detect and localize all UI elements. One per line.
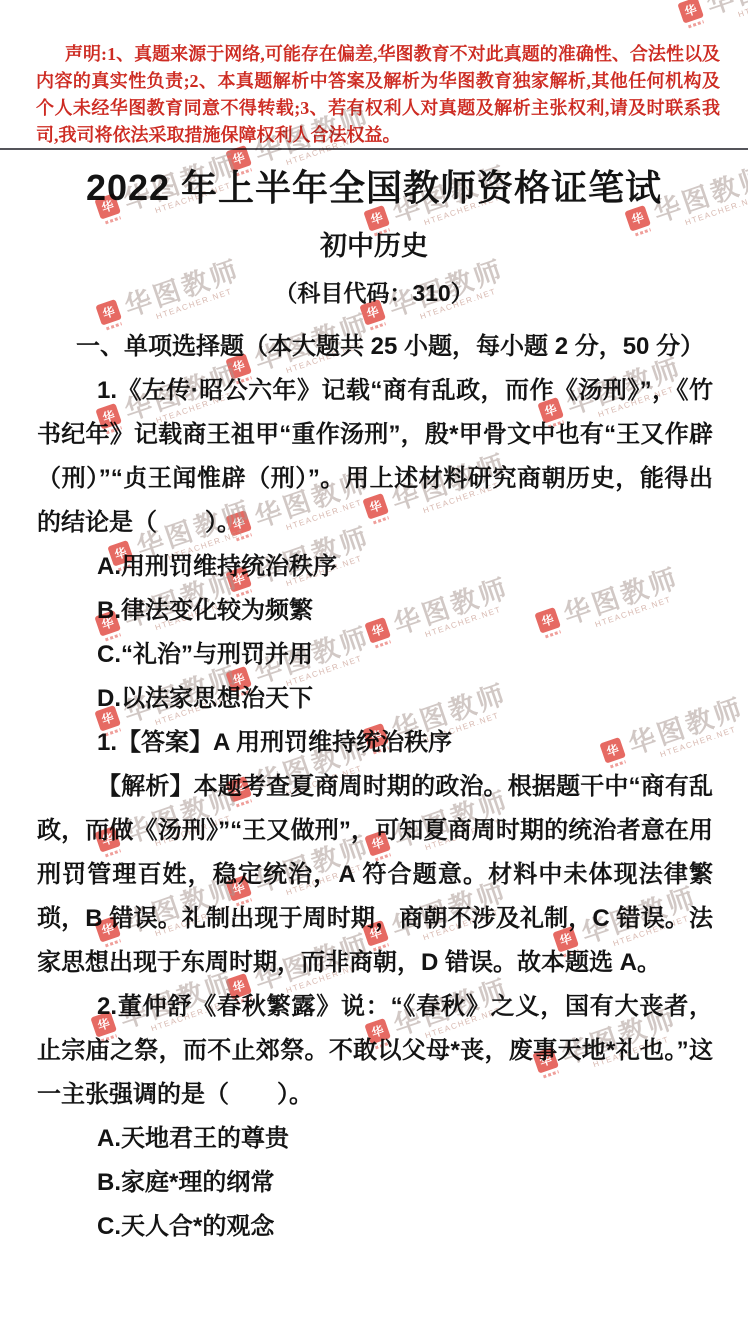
- question-1-option-a: A.用刑罚维持统治秩序: [37, 545, 713, 589]
- question-2-stem: 2.董仲舒《春秋繁露》说：“《春秋》之义，国有大丧者，止宗庙之祭，而不止郊祭。不…: [37, 985, 713, 1117]
- question-1-answer: 1.【答案】A 用刑罚维持统治秩序: [37, 721, 713, 765]
- question-1-stem: 1.《左传·昭公六年》记载“商有乱政，而作《汤刑》”，《竹书纪年》记载商王祖甲“…: [37, 369, 713, 545]
- question-1-analysis: 【解析】本题考查夏商周时期的政治。根据题干中“商有乱政，而做《汤刑》”“王又做刑…: [37, 765, 713, 985]
- paper-title: 2022 年上半年全国教师资格证笔试: [0, 165, 748, 211]
- huatu-logo-caption: [687, 20, 703, 28]
- watermark: 华华图教师HTEACHER.NET: [674, 0, 748, 37]
- question-1-option-c: C.“礼治”与刑罚并用: [37, 633, 713, 677]
- question-2-option-a: A.天地君王的尊贵: [37, 1117, 713, 1161]
- question-2-option-b: B.家庭*理的纲常: [37, 1161, 713, 1205]
- question-2-option-c: C.天人合*的观念: [37, 1205, 713, 1249]
- disclaimer-label: 声明:: [65, 44, 107, 64]
- watermark-text: 华图教师: [701, 0, 748, 22]
- disclaimer-text: 声明:1、真题来源于网络,可能存在偏差,华图教育不对此真题的准确性、合法性以及内…: [36, 41, 720, 149]
- divider-line: [0, 148, 748, 150]
- huatu-logo-glyph: 华: [677, 0, 704, 24]
- question-1-option-b: B.律法变化较为频繁: [37, 589, 713, 633]
- subject-code: （科目代码：310）: [0, 276, 748, 310]
- section-heading: 一、单项选择题（本大题共 25 小题，每小题 2 分，50 分）: [37, 325, 713, 369]
- paper-subject: 初中历史: [0, 227, 748, 265]
- watermark-subtext: HTEACHER.NET: [737, 0, 748, 19]
- huatu-logo-caption: [104, 216, 120, 224]
- paper-body: 一、单项选择题（本大题共 25 小题，每小题 2 分，50 分） 1.《左传·昭…: [37, 325, 713, 1249]
- disclaimer-body: 1、真题来源于网络,可能存在偏差,华图教育不对此真题的准确性、合法性以及内容的真…: [36, 44, 720, 145]
- watermark-text-block: 华图教师HTEACHER.NET: [701, 0, 748, 28]
- huatu-logo-icon: 华: [677, 0, 706, 29]
- question-1-option-d: D.以法家思想治天下: [37, 677, 713, 721]
- exam-paper-page: 华华图教师HTEACHER.NET华华图教师HTEACHER.NET华华图教师H…: [0, 0, 748, 1335]
